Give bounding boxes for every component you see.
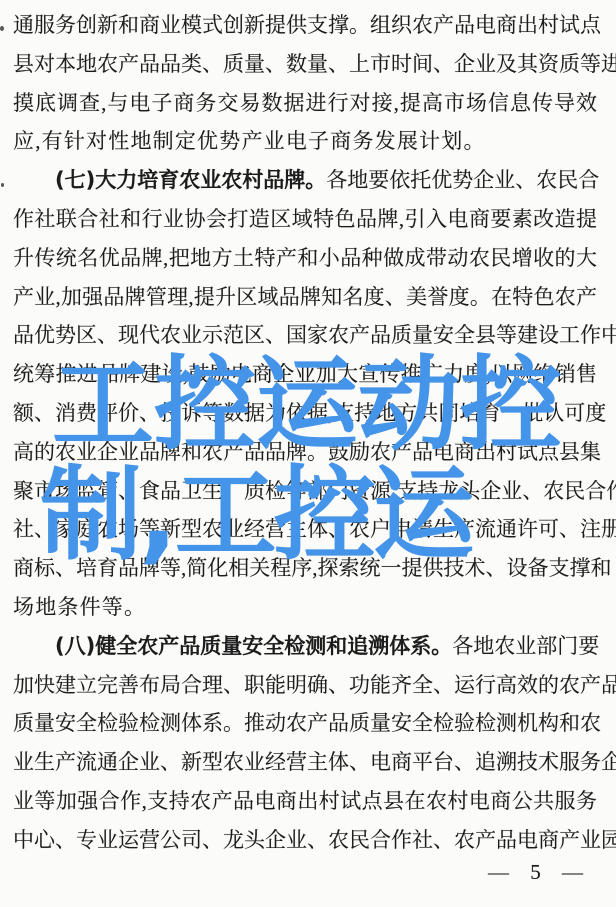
text-line: 作社联合社和行业协会打造区域特色品牌,引入电商要素改造提 <box>13 200 597 239</box>
section-heading-7: (七)大力培育农业农村品牌。 <box>55 168 326 192</box>
page-number: — 5 — <box>488 860 585 885</box>
text-line: 通服务创新和商业模式创新提供支撑。组织农产品电商出村试点 <box>13 6 597 45</box>
text-line: 产业,加强品牌管理,提升区域品牌知名度、美誉度。在特色农产 <box>13 278 597 317</box>
text-line: 业等加强合作,支持农产品电商出村试点县在农村电商公共服务 <box>13 782 597 821</box>
text-line: 摸底调查,与电子商务交易数据进行对接,提高市场信息传导效 <box>13 84 597 123</box>
text-line: 升传统名优品牌,把地方土特产和小品种做成带动农民增收的大 <box>13 239 597 278</box>
section-heading-8: (八)健全农产品质量安全检测和追溯体系。 <box>55 634 452 658</box>
watermark-line-2: 制,工控运 <box>40 465 472 567</box>
text-line: (七)大力培育农业农村品牌。各地要依托优势企业、农民合 <box>13 161 597 200</box>
scan-speck <box>1 183 4 187</box>
text-line: 业生产流通企业、新型农业经营主体、电商平台、追溯技术服务企 <box>13 743 597 782</box>
text-line: (八)健全农产品质量安全检测和追溯体系。各地农业部门要 <box>13 627 597 666</box>
text-line: 中心、专业运营公司、龙头企业、农民合作社、农产品电商产业园区 <box>13 821 597 860</box>
text-line: 应,有针对性地制定优势产业电子商务发展计划。 <box>13 122 597 161</box>
text-line: 县对本地农产品品类、质量、数量、上市时间、企业及其资质等进行 <box>13 45 597 84</box>
text-line: 加快建立完善布局合理、职能明确、功能齐全、运行高效的农产品 <box>13 666 597 705</box>
scan-speck <box>0 26 4 31</box>
text-line: 场地条件等。 <box>13 588 597 627</box>
watermark-line-1: 工控运动控 <box>52 355 562 457</box>
document-page: 通服务创新和商业模式创新提供支撑。组织农产品电商出村试点 县对本地农产品品类、质… <box>0 0 616 907</box>
text-line: 质量安全检验检测体系。推动农产品质量安全检验检测机构和农 <box>13 704 597 743</box>
